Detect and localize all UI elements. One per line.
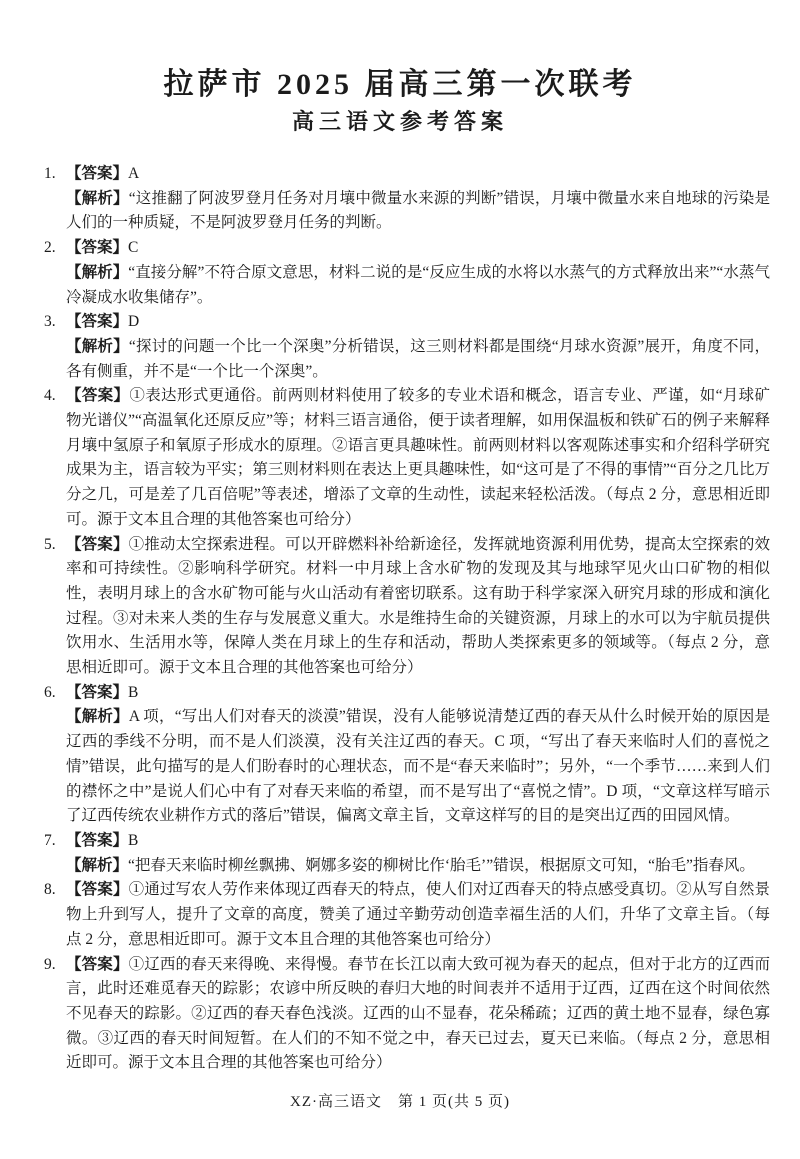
answer-item: 8. 【答案】①通过写农人劳作来体现辽西春天的特点，使人们对辽西春天的特点感受真… <box>44 878 770 952</box>
answer-label: 【答案】 <box>66 536 129 553</box>
answer-paragraph: 【答案】①辽西的春天来得晚、来得慢。春节在长江以南大致可视为春天的起点，但对于北… <box>66 953 770 1077</box>
answer-paragraph: 【答案】B <box>66 829 770 854</box>
answer-paragraph: 【答案】C <box>66 236 770 261</box>
answer-item: 2. 【答案】C【解析】“直接分解”不符合原文意思，材料二说的是“反应生成的水将… <box>44 236 770 310</box>
answer-text: D <box>128 313 139 330</box>
item-body: 【答案】D【解析】“探讨的问题一个比一个深奥”分析错误，这三则材料都是围绕“月球… <box>66 310 770 384</box>
item-number: 8. <box>44 878 56 903</box>
item-number: 2. <box>44 236 56 261</box>
answer-item: 4. 【答案】①表达形式更通俗。前两则材料使用了较多的专业术语和概念，语言专业、… <box>44 384 770 532</box>
analysis-paragraph: 【解析】A 项，“写出人们对春天的淡漠”错误，没有人能够说清楚辽西的春天从什么时… <box>66 705 770 829</box>
analysis-text: “把春天来临时柳丝飘拂、婀娜多姿的柳树比作‘胎毛’”错误，根据原文可知，“胎毛”… <box>128 857 755 874</box>
analysis-label: 【解析】 <box>66 264 128 281</box>
item-number: 1. <box>44 162 56 187</box>
item-body: 【答案】①通过写农人劳作来体现辽西春天的特点，使人们对辽西春天的特点感受真切。②… <box>66 878 770 952</box>
item-body: 【答案】A【解析】“这推翻了阿波罗登月任务对月壤中微量水来源的判断”错误，月壤中… <box>66 162 770 236</box>
answer-label: 【答案】 <box>66 387 129 404</box>
answer-paragraph: 【答案】A <box>66 162 770 187</box>
answer-label: 【答案】 <box>66 165 128 182</box>
answer-item: 5. 【答案】①推动太空探索进程。可以开辟燃料补给新途径，发挥就地资源利用优势，… <box>44 533 770 681</box>
item-number: 3. <box>44 310 56 335</box>
answer-label: 【答案】 <box>66 239 128 256</box>
analysis-text: “这推翻了阿波罗登月任务对月壤中微量水来源的判断”错误，月壤中微量水来自地球的污… <box>66 190 770 232</box>
item-body: 【答案】B【解析】A 项，“写出人们对春天的淡漠”错误，没有人能够说清楚辽西的春… <box>66 681 770 829</box>
analysis-label: 【解析】 <box>66 708 129 725</box>
item-body: 【答案】B【解析】“把春天来临时柳丝飘拂、婀娜多姿的柳树比作‘胎毛’”错误，根据… <box>66 829 770 878</box>
item-body: 【答案】①推动太空探索进程。可以开辟燃料补给新途径，发挥就地资源利用优势，提高太… <box>66 533 770 681</box>
item-body: 【答案】C【解析】“直接分解”不符合原文意思，材料二说的是“反应生成的水将以水蒸… <box>66 236 770 310</box>
answer-label: 【答案】 <box>66 832 128 849</box>
answer-paragraph: 【答案】①通过写农人劳作来体现辽西春天的特点，使人们对辽西春天的特点感受真切。②… <box>66 878 770 952</box>
answer-label: 【答案】 <box>66 684 128 701</box>
answer-item: 6. 【答案】B【解析】A 项，“写出人们对春天的淡漠”错误，没有人能够说清楚辽… <box>44 681 770 829</box>
analysis-paragraph: 【解析】“直接分解”不符合原文意思，材料二说的是“反应生成的水将以水蒸气的方式释… <box>66 261 770 310</box>
analysis-text: “直接分解”不符合原文意思，材料二说的是“反应生成的水将以水蒸气的方式释放出来”… <box>66 264 770 306</box>
answer-item: 1. 【答案】A【解析】“这推翻了阿波罗登月任务对月壤中微量水来源的判断”错误，… <box>44 162 770 236</box>
answer-item: 7. 【答案】B【解析】“把春天来临时柳丝飘拂、婀娜多姿的柳树比作‘胎毛’”错误… <box>44 829 770 878</box>
document-page: 拉萨市 2025 届高三第一次联考 高三语文参考答案 1. 【答案】A【解析】“… <box>0 0 800 1159</box>
answer-text: ①辽西的春天来得晚、来得慢。春节在长江以南大致可视为春天的起点，但对于北方的辽西… <box>66 956 770 1072</box>
answer-paragraph: 【答案】①推动太空探索进程。可以开辟燃料补给新途径，发挥就地资源利用优势，提高太… <box>66 533 770 681</box>
answer-text: A <box>128 165 139 182</box>
answer-text: B <box>128 684 138 701</box>
item-number: 4. <box>44 384 56 409</box>
answer-text: C <box>128 239 138 256</box>
answer-label: 【答案】 <box>66 881 129 898</box>
answer-item: 9. 【答案】①辽西的春天来得晚、来得慢。春节在长江以南大致可视为春天的起点，但… <box>44 953 770 1077</box>
analysis-paragraph: 【解析】“这推翻了阿波罗登月任务对月壤中微量水来源的判断”错误，月壤中微量水来自… <box>66 187 770 236</box>
item-number: 7. <box>44 829 56 854</box>
item-number: 6. <box>44 681 56 706</box>
answer-text: ①通过写农人劳作来体现辽西春天的特点，使人们对辽西春天的特点感受真切。②从写自然… <box>66 881 770 947</box>
answer-label: 【答案】 <box>66 956 129 973</box>
item-number: 9. <box>44 953 56 978</box>
answer-item: 3. 【答案】D【解析】“探讨的问题一个比一个深奥”分析错误，这三则材料都是围绕… <box>44 310 770 384</box>
analysis-label: 【解析】 <box>66 338 129 355</box>
analysis-text: A 项，“写出人们对春天的淡漠”错误，没有人能够说清楚辽西的春天从什么时候开始的… <box>66 708 770 824</box>
answer-paragraph: 【答案】B <box>66 681 770 706</box>
answer-text: ①推动太空探索进程。可以开辟燃料补给新途径，发挥就地资源利用优势，提高太空探索的… <box>66 536 770 677</box>
answer-label: 【答案】 <box>66 313 128 330</box>
page-title: 拉萨市 2025 届高三第一次联考 <box>0 0 800 104</box>
analysis-paragraph: 【解析】“把春天来临时柳丝飘拂、婀娜多姿的柳树比作‘胎毛’”错误，根据原文可知，… <box>66 854 770 879</box>
answer-text: ①表达形式更通俗。前两则材料使用了较多的专业术语和概念，语言专业、严谨，如“月球… <box>66 387 770 528</box>
page-footer: XZ·高三语文 第 1 页(共 5 页) <box>0 1090 800 1111</box>
item-body: 【答案】①辽西的春天来得晚、来得慢。春节在长江以南大致可视为春天的起点，但对于北… <box>66 953 770 1077</box>
item-number: 5. <box>44 533 56 558</box>
answer-list: 1. 【答案】A【解析】“这推翻了阿波罗登月任务对月壤中微量水来源的判断”错误，… <box>44 162 770 1076</box>
analysis-paragraph: 【解析】“探讨的问题一个比一个深奥”分析错误，这三则材料都是围绕“月球水资源”展… <box>66 335 770 384</box>
analysis-label: 【解析】 <box>66 857 128 874</box>
answer-paragraph: 【答案】D <box>66 310 770 335</box>
page-subtitle: 高三语文参考答案 <box>0 108 800 136</box>
answer-text: B <box>128 832 138 849</box>
answer-paragraph: 【答案】①表达形式更通俗。前两则材料使用了较多的专业术语和概念，语言专业、严谨，… <box>66 384 770 532</box>
analysis-text: “探讨的问题一个比一个深奥”分析错误，这三则材料都是围绕“月球水资源”展开，角度… <box>66 338 770 380</box>
analysis-label: 【解析】 <box>66 190 129 207</box>
item-body: 【答案】①表达形式更通俗。前两则材料使用了较多的专业术语和概念，语言专业、严谨，… <box>66 384 770 532</box>
